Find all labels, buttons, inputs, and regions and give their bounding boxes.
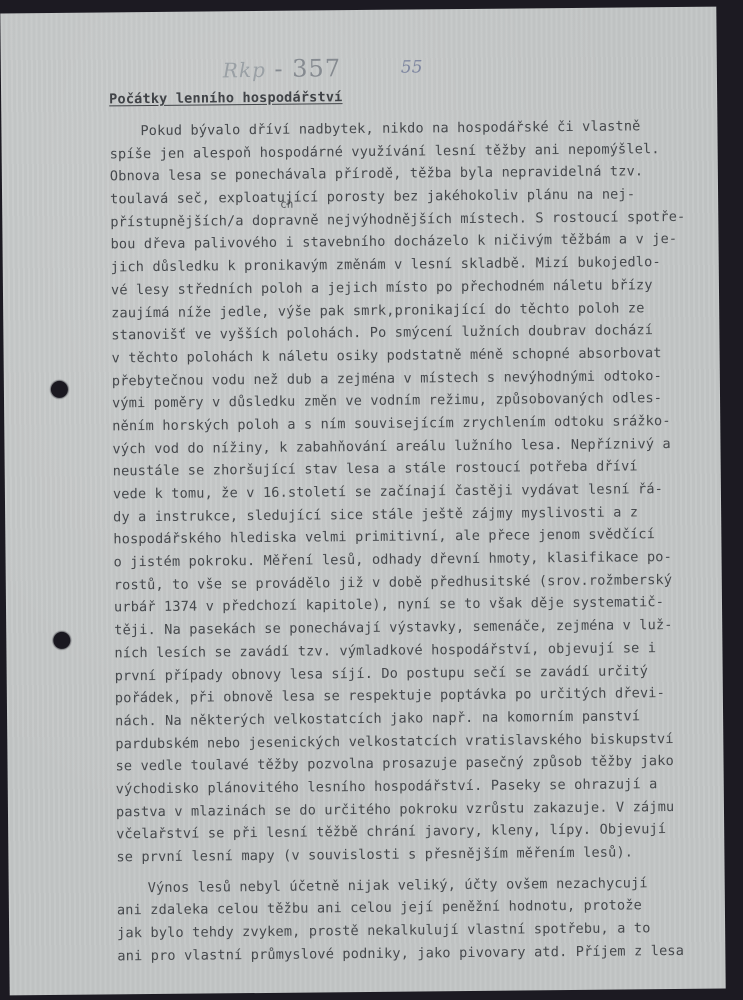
section-heading: Počátky lenního hospodářství: [109, 86, 343, 110]
scanned-page: Rkp - 357 55 ch Počátky lenního hospodář…: [0, 0, 743, 1000]
paper-sheet: Rkp - 357 55 ch Počátky lenního hospodář…: [0, 7, 725, 996]
punch-hole-top: [51, 381, 68, 398]
archive-reference-number: Rkp - 357: [223, 54, 341, 83]
text-line: se první lesní mapy (v souvislosti s pře…: [116, 840, 736, 869]
paragraph: Pokud bývalo dříví nadbytek, nikdo na ho…: [109, 114, 736, 869]
paragraph: Výnos lesů nebyl účetně nijak veliký, úč…: [117, 871, 738, 968]
punch-hole-bottom: [53, 632, 70, 649]
handwritten-page-mark: 55: [401, 57, 423, 77]
text-line: ani pro vlastní průmyslové podniky, jako…: [117, 939, 737, 968]
paragraphs-container: Pokud bývalo dříví nadbytek, nikdo na ho…: [109, 114, 737, 967]
archive-reference-prefix: Rkp: [223, 58, 266, 82]
typescript-body: Počátky lenního hospodářství Pokud býval…: [109, 82, 737, 967]
archive-reference-digits: - 357: [266, 54, 341, 83]
